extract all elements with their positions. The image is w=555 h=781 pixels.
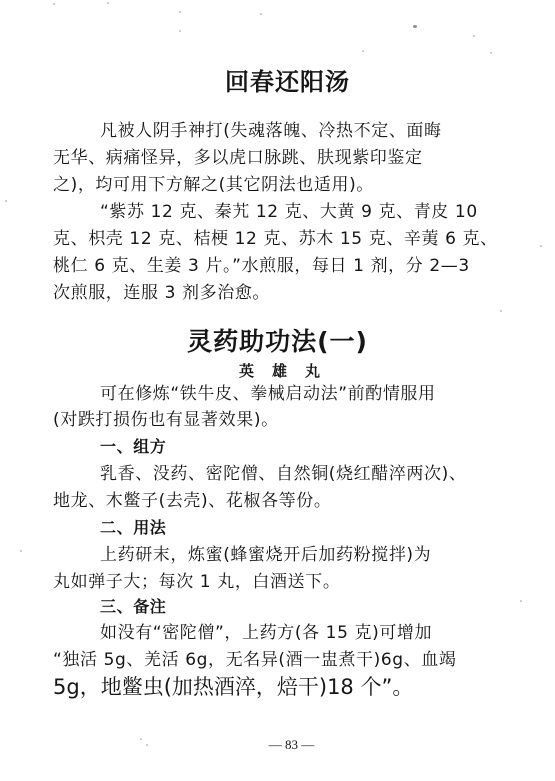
scan-speck	[179, 30, 181, 32]
prescription-line: 桃仁 6 克、生姜 3 片。”水煎服，每日 1 剂，分 2—3	[53, 255, 493, 277]
scan-speck	[413, 25, 417, 28]
paragraph-line: 之)，均可用下方解之(其它阴法也适用)。	[53, 174, 493, 196]
scan-speck	[5, 200, 7, 202]
scan-speck	[179, 11, 181, 13]
intro-line: (对跌打损伤也有显著效果)。	[53, 409, 493, 431]
heading-usage: 二、用法	[100, 517, 495, 539]
scan-speck	[20, 550, 22, 552]
document-page: 回春还阳汤 凡被人阴手神打(失魂落魄、冷热不定、面晦 无华、病痛怪异，多以虎口脉…	[0, 0, 555, 781]
scan-speck	[500, 310, 502, 312]
notes-line: “独活 5g、羌活 6g，无名异(酒一盅煮干)6g、血竭	[53, 649, 493, 671]
scan-speck	[490, 52, 492, 54]
heading-formula: 一、组方	[100, 436, 495, 458]
scan-speck	[107, 2, 109, 4]
notes-line: 如没有“密陀僧”，上药方(各 15 克)可增加	[100, 622, 495, 644]
scan-speck	[473, 35, 475, 37]
usage-line: 丸如弹子大；每次 1 丸，白酒送下。	[53, 571, 493, 593]
scan-speck	[520, 600, 522, 602]
prescription-line: 次煎服，连服 3 剂多治愈。	[53, 282, 493, 304]
section-title-huichun-huanyang-tang: 回春还阳汤	[10, 62, 555, 97]
heading-notes: 三、备注	[100, 596, 495, 618]
scan-speck	[53, 3, 55, 5]
page-number: — 83 —	[0, 737, 555, 753]
scan-speck	[540, 245, 542, 247]
section-subtitle-yingxiong-wan: 英雄丸	[0, 360, 555, 381]
formula-line: 乳香、没药、密陀僧、自然铜(烧红醋淬两次)、	[100, 463, 495, 485]
usage-line: 上药研末，炼蜜(蜂蜜烧开后加药粉搅拌)为	[100, 544, 495, 566]
paragraph-line: 凡被人阴手神打(失魂落魄、冷热不定、面晦	[100, 120, 495, 142]
scan-speck	[362, 50, 364, 52]
paragraph-line: 无华、病痛怪异，多以虎口脉跳、肤现紫印鉴定	[53, 147, 493, 169]
intro-line: 可在修炼“铁牛皮、拳械启动法”前酌情服用	[100, 383, 495, 405]
prescription-line: “紫苏 12 克、秦艽 12 克、大黄 9 克、青皮 10	[100, 201, 495, 223]
scan-speck	[260, 13, 262, 15]
section-title-lingyao-zhugong-fa: 灵药助功法(一)	[0, 322, 555, 358]
prescription-line: 克、枳壳 12 克、桔梗 12 克、苏木 15 克、辛荑 6 克、	[53, 228, 493, 250]
notes-line: 5g，地鳖虫(加热酒淬，焙干)18 个”。	[53, 676, 493, 698]
formula-line: 地龙、木鳖子(去壳)、花椒各等份。	[53, 490, 493, 512]
